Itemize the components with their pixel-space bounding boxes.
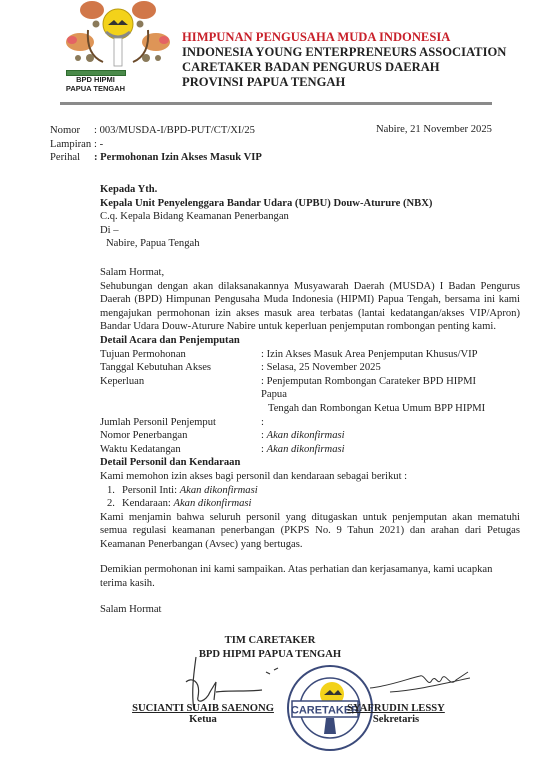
detail-row: Jumlah Personil Penjemput : <box>100 416 520 430</box>
logo-caption-line2: PAPUA TENGAH <box>58 85 133 94</box>
perihal-label: Perihal <box>50 151 94 165</box>
detail-value: : Penjemputan Rombongan Carateker BPD HI… <box>261 375 501 416</box>
recipient-greeting: Kepada Yth. <box>100 183 432 197</box>
detail-label: Tujuan Permohonan <box>100 348 261 362</box>
detail-value: : <box>261 416 501 430</box>
right-signatory-name: SYAFRUDIN LESSY <box>336 703 456 714</box>
org-unit: CARETAKER BADAN PENGURUS DAERAH <box>182 60 506 75</box>
closing-block: Demikian permohonan ini kami sampaikan. … <box>100 563 520 617</box>
list-value: Akan dikonfirmasi <box>173 497 251 511</box>
detail-row: Tujuan Permohonan : Izin Akses Masuk Are… <box>100 348 520 362</box>
letter-body: Salam Hormat, Sehubungan dengan akan dil… <box>100 266 520 551</box>
list-label: Personil Inti: <box>122 484 177 498</box>
org-name-en: INDONESIA YOUNG ENTERPRENEURS ASSOCIATIO… <box>182 45 506 60</box>
list-item: 1. Personil Inti: Akan dikonfirmasi <box>107 484 520 498</box>
header-divider <box>60 102 492 105</box>
section1-title: Detail Acara dan Penjemputan <box>100 334 520 348</box>
org-province: PROVINSI PAPUA TENGAH <box>182 75 506 90</box>
detail-label: Nomor Penerbangan <box>100 429 261 443</box>
left-signatory-name: SUCIANTI SUAIB SAENONG <box>128 703 278 714</box>
detail-value-line1: : Penjemputan Rombongan Carateker BPD HI… <box>261 376 476 401</box>
detail-label: Waktu Kedatangan <box>100 443 261 457</box>
detail-value: : Izin Akses Masuk Area Penjemputan Khus… <box>261 348 501 362</box>
detail-value: : Akan dikonfirmasi <box>261 429 501 443</box>
team-line1: TIM CARETAKER <box>100 634 440 648</box>
recipient-di: Di – <box>100 224 432 238</box>
signatory-right: SYAFRUDIN LESSY Sekretaris <box>336 703 456 725</box>
org-name: HIMPUNAN PENGUSAHA MUDA INDONESIA <box>182 30 506 45</box>
detail-label: Tanggal Kebutuhan Akses <box>100 361 261 375</box>
recipient-location: Nabire, Papua Tengah <box>100 237 432 251</box>
closing-salutation: Salam Hormat <box>100 603 520 617</box>
list-item: 2. Kendaraan: Akan dikonfirmasi <box>107 497 520 511</box>
signatory-left: SUCIANTI SUAIB SAENONG Ketua <box>128 703 278 725</box>
section2-title: Detail Personil dan Kendaraan <box>100 456 520 470</box>
detail-value-text: Akan dikonfirmasi <box>267 444 345 455</box>
letterhead-text: HIMPUNAN PENGUSAHA MUDA INDONESIA INDONE… <box>182 30 506 90</box>
section2-intro: Kami memohon izin akses bagi personil da… <box>100 470 520 484</box>
personnel-list: 1. Personil Inti: Akan dikonfirmasi 2. K… <box>100 484 520 511</box>
detail-value-line2: Tengah dan Rombongan Ketua Umum BPP HIPM… <box>261 402 501 416</box>
recipient-name: Kepala Unit Penyelenggara Bandar Udara (… <box>100 197 432 211</box>
perihal-value: : Permohonan Izin Akses Masuk VIP <box>94 151 262 165</box>
letter-meta: Nomor: 003/MUSDA-I/BPD-PUT/CT/XI/25 Lamp… <box>50 124 262 165</box>
guarantee-paragraph: Kami menjamin bahwa seluruh personil yan… <box>100 511 520 552</box>
lampiran-label: Lampiran <box>50 138 94 152</box>
details-table: Tujuan Permohonan : Izin Akses Masuk Are… <box>100 348 520 457</box>
detail-row: Waktu Kedatangan : Akan dikonfirmasi <box>100 443 520 457</box>
detail-value-text: Akan dikonfirmasi <box>267 430 345 441</box>
signature-right-icon <box>370 668 470 698</box>
list-label: Kendaraan: <box>122 497 171 511</box>
detail-row: Nomor Penerbangan : Akan dikonfirmasi <box>100 429 520 443</box>
intro-paragraph: Sehubungan dengan akan dilaksanakannya M… <box>100 280 520 334</box>
list-value: Akan dikonfirmasi <box>180 484 258 498</box>
detail-value: : Selasa, 25 November 2025 <box>261 361 501 375</box>
list-number: 1. <box>107 484 122 498</box>
right-signatory-role: Sekretaris <box>336 714 456 725</box>
nomor-value: : 003/MUSDA-I/BPD-PUT/CT/XI/25 <box>94 124 255 138</box>
recipient-block: Kepada Yth. Kepala Unit Penyelenggara Ba… <box>100 183 432 251</box>
detail-row: Keperluan : Penjemputan Rombongan Carate… <box>100 375 520 416</box>
list-number: 2. <box>107 497 122 511</box>
place-date: Nabire, 21 November 2025 <box>376 124 492 135</box>
detail-label: Jumlah Personil Penjemput <box>100 416 261 430</box>
recipient-cq: C.q. Kepala Bidang Keamanan Penerbangan <box>100 210 432 224</box>
salutation: Salam Hormat, <box>100 266 520 280</box>
lampiran-value: : - <box>94 138 103 152</box>
detail-row: Tanggal Kebutuhan Akses : Selasa, 25 Nov… <box>100 361 520 375</box>
logo-caption: BPD HIPMI PAPUA TENGAH <box>58 76 133 93</box>
left-signatory-role: Ketua <box>128 714 278 725</box>
detail-value: : Akan dikonfirmasi <box>261 443 501 457</box>
closing-paragraph: Demikian permohonan ini kami sampaikan. … <box>100 563 520 590</box>
nomor-label: Nomor <box>50 124 94 138</box>
detail-label: Keperluan <box>100 375 261 416</box>
